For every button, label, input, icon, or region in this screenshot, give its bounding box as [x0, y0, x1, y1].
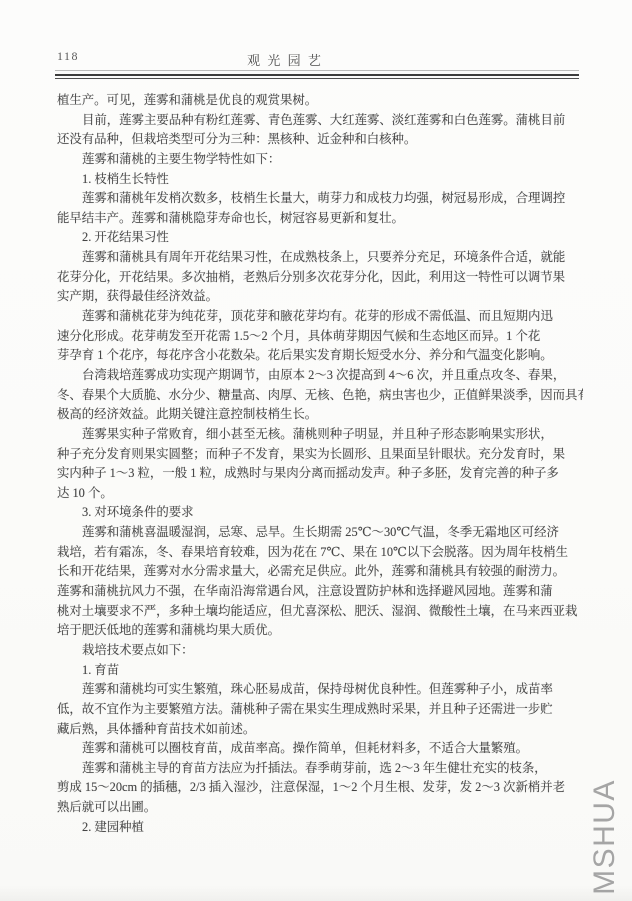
- text-line: 极高的经济效益。此期关键注意控制枝梢生长。: [57, 405, 583, 425]
- text-line: 莲雾和蒲桃喜温暖湿润，忌寒、忌旱。生长期需 25℃～30℃气温，冬季无霜地区可经…: [57, 523, 583, 543]
- text-line: 莲雾和蒲桃花芽为纯花芽，顶花芽和腋花芽均有。花芽的形成不需低温、而且短期内迅: [57, 307, 583, 327]
- section-heading: 2. 建园种植: [57, 818, 583, 838]
- text-line: 达 10 个。: [57, 484, 583, 504]
- text-line: 莲雾和蒲桃的主要生物学特性如下：: [57, 150, 583, 170]
- text-line: 莲雾和蒲桃年发梢次数多，枝梢生长量大，萌芽力和成枝力均强，树冠易形成，合理调控: [57, 189, 583, 209]
- text-line: 莲雾和蒲桃具有周年开花结果习性，在成熟枝条上，只要养分充足，环境条件合适，就能: [57, 248, 583, 268]
- watermark: MSHUA: [553, 785, 632, 889]
- text-line: 能早结丰产。莲雾和蒲桃隐芽寿命也长，树冠容易更新和复壮。: [57, 209, 583, 229]
- text-line: 培于肥沃低地的莲雾和蒲桃均果大质优。: [57, 621, 583, 641]
- section-heading: 3. 对环境条件的要求: [57, 503, 583, 523]
- text-line: 莲雾和蒲桃均可实生繁殖，珠心胚易成苗，保持母树优良种性。但莲雾种子小，成苗率: [57, 680, 583, 700]
- text-line: 莲雾果实种子常败育，细小甚至无核。蒲桃则种子明显，并且种子形态影响果实形状，: [57, 425, 583, 445]
- body-text: 植生产。可见，莲雾和蒲桃是优良的观赏果树。 目前，莲雾主要品种有粉红莲雾、青色莲…: [57, 91, 583, 837]
- text-line: 莲雾和蒲桃主导的育苗方法应为扦插法。春季萌芽前，选 2～3 年生健壮充实的枝条，: [57, 759, 583, 779]
- header-rule-thick: [55, 74, 579, 76]
- text-line: 芽孕育 1 个花序，每花序含小花数朵。花后果实发育期长短受水分、养分和气温变化影…: [57, 346, 583, 366]
- header-rule-light: [55, 70, 579, 71]
- text-line: 实内种子 1～3 粒，一般 1 粒，成熟时与果肉分离而摇动发声。种子多胚，发育完…: [57, 464, 583, 484]
- text-line: 种子充分发育则果实圆整；而种子不发育，果实为长圆形、且果面呈针眼状。充分发育时，…: [57, 445, 583, 465]
- scan-edge-shadow: [0, 885, 632, 901]
- text-line: 台湾栽培莲雾成功实现产期调节，由原本 2～3 次提高到 4～6 次，并且重点攻冬…: [57, 366, 583, 386]
- text-line: 熟后就可以出圃。: [57, 798, 583, 818]
- text-line: 桃对土壤要求不严，多种土壤均能适应，但尤喜深松、肥沃、湿润、微酸性土壤，在马来西…: [57, 602, 583, 622]
- text-line: 栽培，若有霜冻，冬、春果培育较难，因为花在 7℃、果在 10℃以下会脱落。因为周…: [57, 543, 583, 563]
- scanned-page: 118 观 光 园 艺 植生产。可见，莲雾和蒲桃是优良的观赏果树。 目前，莲雾主…: [0, 0, 632, 901]
- text-line: 长和开花结果，莲雾对水分需求量大，必需充足供应。此外，莲雾和蒲桃具有较强的耐涝力…: [57, 562, 583, 582]
- section-heading: 1. 育苗: [57, 661, 583, 681]
- text-line: 藏后熟，具体播种育苗技术如前述。: [57, 720, 583, 740]
- text-line: 速分化形成。花芽萌发至开花需 1.5～2 个月，具体萌芽期因气候和生态地区而异。…: [57, 327, 583, 347]
- text-line: 低，故不宜作为主要繁殖方法。蒲桃种子需在果实生理成熟时采果，并且种子还需进一步贮: [57, 700, 583, 720]
- text-line: 冬、春果个大质脆、水分少、糖量高、肉厚、无核、色艳，病虫害也少，正值鲜果淡季，因…: [57, 386, 583, 406]
- text-line: 植生产。可见，莲雾和蒲桃是优良的观赏果树。: [57, 91, 583, 111]
- text-line: 莲雾和蒲桃可以圈枝育苗，成苗率高。操作简单，但耗材料多，不适合大量繁殖。: [57, 739, 583, 759]
- text-line: 莲雾和蒲桃抗风力不强，在华南沿海常遇台风，注意设置防护林和选择避风园地。莲雾和蒲: [57, 582, 583, 602]
- header-rule-thin: [55, 78, 579, 79]
- section-heading: 2. 开花结果习性: [57, 228, 583, 248]
- running-head-title: 观 光 园 艺: [0, 50, 570, 69]
- text-line: 还没有品种，但栽培类型可分为三种：黑核种、近金种和白核种。: [57, 130, 583, 150]
- text-line: 花芽分化，开花结果。多次抽梢，老熟后分别多次花芽分化，因此，利用这一特性可以调节…: [57, 268, 583, 288]
- text-line: 栽培技术要点如下：: [57, 641, 583, 661]
- text-line: 目前，莲雾主要品种有粉红莲雾、青色莲雾、大红莲雾、淡红莲雾和白色莲雾。蒲桃目前: [57, 111, 583, 131]
- text-line: 实产期，获得最佳经济效益。: [57, 287, 583, 307]
- section-heading: 1. 枝梢生长特性: [57, 170, 583, 190]
- text-line: 剪成 15～20cm 的插穗，2/3 插入湿沙，注意保湿，1～2 个月生根、发芽…: [57, 778, 583, 798]
